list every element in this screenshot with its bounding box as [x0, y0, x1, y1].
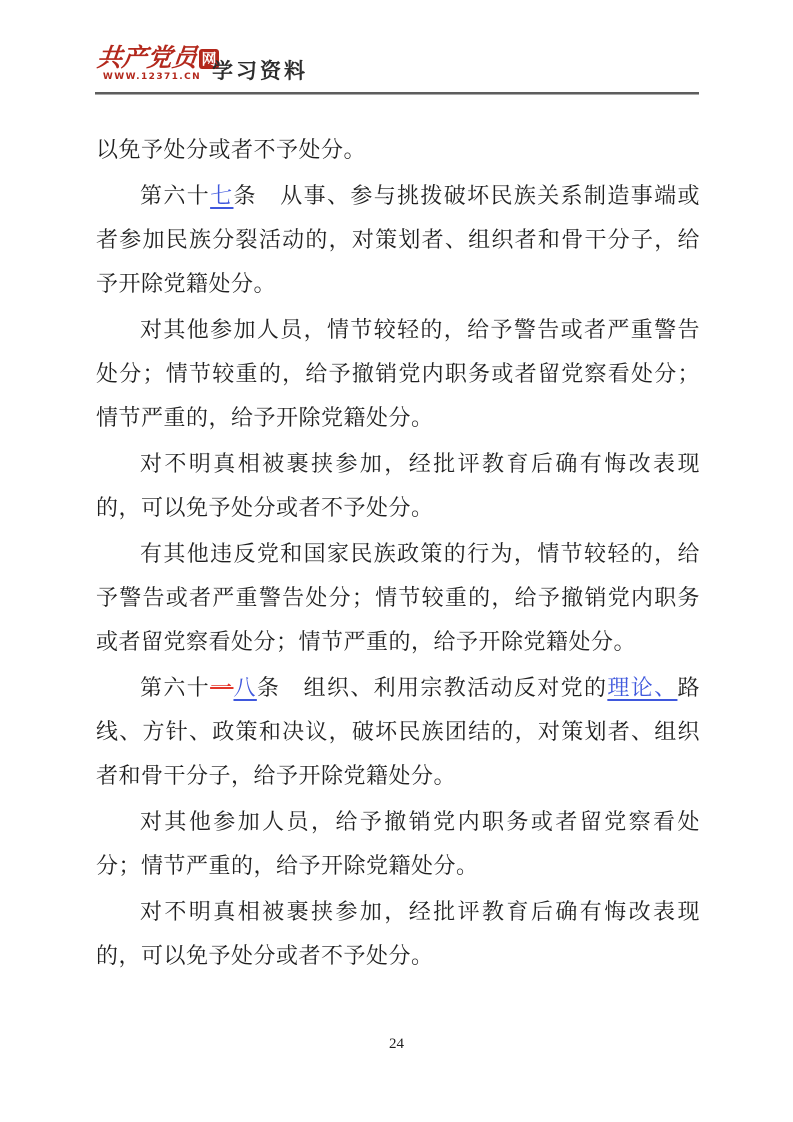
paragraph: 对不明真相被裹挟参加，经批评教育后确有悔改表现的，可以免予处分或者不予处分。 — [96, 442, 700, 530]
12371-logo: 共产党员网 WWW.12371.CN — [97, 45, 207, 82]
text-run: 有其他违反党和国家民族政策的行为，情节较轻的，给予警告或者严重警告处分；情节较重… — [96, 541, 700, 654]
paragraph: 对其他参加人员，情节较轻的，给予警告或者严重警告处分；情节较重的，给予撤销党内职… — [96, 308, 700, 440]
inserted-text: 理论、 — [607, 675, 677, 700]
logo-row: 共产党员网 — [97, 45, 207, 70]
logo-url-text: WWW.12371.CN — [97, 72, 207, 82]
inserted-text: 七 — [210, 183, 233, 208]
page-footer: 24 — [0, 1035, 793, 1053]
text-run: 对其他参加人员，给予撤销党内职务或者留党察看处分；情节严重的，给予开除党籍处分。 — [96, 809, 700, 878]
header-title: 学习资料 — [212, 55, 308, 85]
inserted-text: 八 — [233, 675, 256, 700]
text-run: 第六十 — [140, 675, 210, 700]
text-run: 对其他参加人员，情节较轻的，给予警告或者严重警告处分；情节较重的，给予撤销党内职… — [96, 317, 700, 430]
paragraph: 对不明真相被裹挟参加，经批评教育后确有悔改表现的，可以免予处分或者不予处分。 — [96, 890, 700, 978]
paragraph: 第六十一八条 组织、利用宗教活动反对党的理论、路线、方针、政策和决议，破坏民族团… — [96, 666, 700, 798]
paragraph: 第六十七条 从事、参与挑拨破坏民族关系制造事端或者参加民族分裂活动的，对策划者、… — [96, 174, 700, 306]
header-rule — [95, 92, 699, 95]
text-run: 以免予处分或者不予处分。 — [96, 137, 366, 162]
paragraph: 有其他违反党和国家民族政策的行为，情节较轻的，给予警告或者严重警告处分；情节较重… — [96, 532, 700, 664]
paragraph: 对其他参加人员，给予撤销党内职务或者留党察看处分；情节严重的，给予开除党籍处分。 — [96, 800, 700, 888]
text-run: 条 组织、利用宗教活动反对党的 — [257, 675, 607, 700]
logo-calligraphy-text: 共产党员 — [96, 45, 199, 70]
text-run: 第六十 — [140, 183, 210, 208]
paragraph: 以免予处分或者不予处分。 — [96, 128, 700, 172]
deleted-text: 一 — [210, 675, 233, 700]
text-run: 对不明真相被裹挟参加，经批评教育后确有悔改表现的，可以免予处分或者不予处分。 — [96, 899, 700, 968]
text-run: 对不明真相被裹挟参加，经批评教育后确有悔改表现的，可以免予处分或者不予处分。 — [96, 451, 700, 520]
document-body: 以免予处分或者不予处分。第六十七条 从事、参与挑拨破坏民族关系制造事端或者参加民… — [96, 128, 700, 980]
document-page: 共产党员网 WWW.12371.CN 学习资料 以免予处分或者不予处分。第六十七… — [0, 0, 793, 1122]
page-number: 24 — [389, 1036, 404, 1052]
